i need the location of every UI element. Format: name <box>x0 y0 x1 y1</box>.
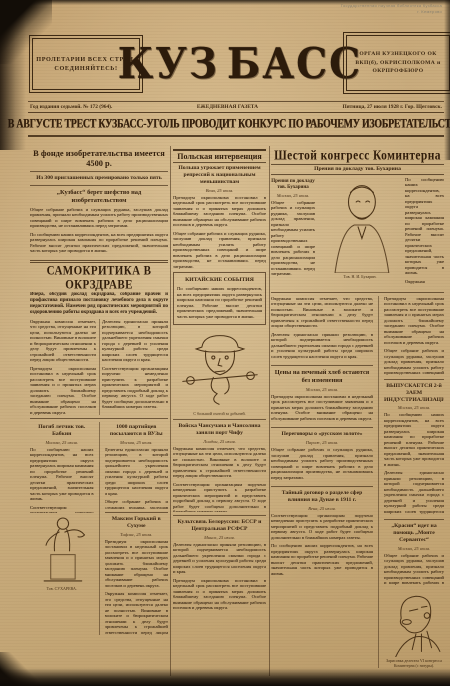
comintern-item-head: Прения по докладу тов. Бухарина <box>271 179 315 191</box>
issue-date: Пятница, 27 июля 1928 г. Гор. Щегловск. <box>343 104 443 110</box>
krasin-headline: „Красин“ идет на помощь „Монте Сервантес… <box>384 523 444 544</box>
body-text: По сообщению наших корреспондентов, на в… <box>30 232 168 254</box>
gorky-body: Президиум окрисполкома постановил в неде… <box>105 539 169 635</box>
divider <box>173 515 266 516</box>
kultsvyaz-headline: Культсвязь Белоруссии: БССР и Центральна… <box>173 519 266 533</box>
body-text: По сообщению наших корреспондентов, на в… <box>177 286 262 319</box>
pilot-article: Погиб летчик тов. Бабкин Москва, 25 июля… <box>30 422 94 634</box>
pilot-headline: Погиб летчик тов. Бабкин <box>30 424 94 438</box>
intervention-subhead: Польша угрожает применением репрессий к … <box>173 165 266 186</box>
caricature-caption: С большой охотой за добычей. <box>173 411 266 416</box>
body-text: Общее собрание рабочих и служащих рудник… <box>384 553 444 587</box>
body-text: Окружная комиссия отмечает, что средства… <box>105 591 169 635</box>
comintern-headline: Шестой конгресс Коминтерна <box>271 149 444 163</box>
library-stamp-line2: г. Кемерово <box>341 9 442 15</box>
masthead-dateline-row: Год издания седьмой. № 172 (964). ЕЖЕДНЕ… <box>28 101 444 113</box>
divider <box>271 365 373 366</box>
divider <box>30 171 168 172</box>
fund-body: Общее собрание рабочих и служащих рудник… <box>30 207 168 257</box>
divider <box>173 419 266 420</box>
body-text: Делегаты единогласно приняли резолюцию, … <box>102 319 168 363</box>
comintern-left-col: Прения по докладу тов. Бухарина Москва, … <box>271 177 315 289</box>
body-text: Соответствующим организациям поручено не… <box>173 482 266 512</box>
body-text: Окружная комиссия отмечает, что средства… <box>30 319 96 363</box>
samokritika-lead: Вчера, обсудив доклад окрздрава, собрани… <box>30 292 168 319</box>
delegate-sketch-caption: Зарисовка делегата VI конгресса Коминтер… <box>384 658 444 668</box>
newspaper-scan: Государственная научная библиотека Кузба… <box>0 0 450 686</box>
divider <box>30 418 168 419</box>
bread-body: Президиум окрисполкома постановил в неде… <box>271 394 373 425</box>
vuz-gorky-articles: 1000 партийцев посылаются в ВУЗы Москва,… <box>105 422 169 634</box>
vuz-body: Делегаты единогласно приняли резолюцию, … <box>105 447 169 509</box>
body-text: По сообщению наших корреспондентов, на в… <box>30 447 94 502</box>
comintern-body-right: По сообщению наших корреспондентов, на в… <box>405 177 444 285</box>
chifu-headline: Войска Чансучана и Чансолина заняли порт… <box>173 423 266 437</box>
body-text: Общее собрание рабочих и служащих рудник… <box>271 200 315 277</box>
comintern-body-left: Общее собрание рабочих и служащих рудник… <box>271 200 315 278</box>
gold-headline: Переговоры о «русском золоте» <box>271 431 373 438</box>
kultsvyaz-dateline: Минск, 25 июля. <box>173 535 266 540</box>
body-text: По сообщению наших корреспондентов, на в… <box>384 412 444 467</box>
chifu-body: Окружная комиссия отмечает, что средства… <box>173 446 266 512</box>
body-text: Президиум окрисполкома постановил в неде… <box>173 195 266 228</box>
library-stamp-line1: Государственная научная библиотека Кузба… <box>341 3 442 9</box>
library-stamp: Государственная научная библиотека Кузба… <box>341 3 442 14</box>
banner-headline: В АВГУСТЕ ТРЕСТ КУЗБАСС-УГОЛЬ ПРОВОДИТ К… <box>8 117 450 131</box>
comintern-dateline: Москва, 25 июля. <box>271 193 315 198</box>
divider <box>30 260 168 263</box>
bread-headline: Цены на печеный хлеб остаются без измене… <box>271 369 373 384</box>
column-right-group: Шестой конгресс Коминтерна Прения по док… <box>271 148 444 680</box>
samokritika-body: Окружная комиссия отмечает, что средства… <box>30 319 168 416</box>
organ-text: ОРГАН КУЗНЕЦКОГО ОК ВКП(б), ОКРИСПОЛКОМА… <box>350 50 446 75</box>
intervention-article: Польская интервенция Польша угрожает при… <box>173 149 266 272</box>
body-text: Общее собрание рабочих и служащих рудник… <box>105 499 169 509</box>
gold-body: Общее собрание рабочих и служащих рудник… <box>271 447 373 483</box>
body-text: Президиум окрисполкома постановил в неде… <box>271 394 373 422</box>
divider <box>271 427 373 428</box>
edition-number: Год издания седьмой. № 172 (964). <box>30 104 112 110</box>
loan-body: По сообщению наших корреспондентов, на в… <box>384 412 444 516</box>
divider <box>30 185 168 186</box>
body-text: По сообщению наших корреспондентов, на в… <box>405 177 444 276</box>
divider <box>99 422 100 634</box>
intervention-headline: Польская интервенция <box>173 149 266 163</box>
divider <box>378 296 379 668</box>
column-d: Президиум окрисполкома постановил в неде… <box>384 296 444 668</box>
vuz-headline: 1000 партийцев посылаются в ВУЗы <box>105 424 169 438</box>
body-text: Окружная комиссия отмечает, что средства… <box>173 446 266 479</box>
loan-headline: ВЫПУСКАЕТСЯ 2-й ЗАЕМ ИНДУСТРИАЛИЗАЦИИ <box>384 383 444 404</box>
samokritika-headline: САМОКРИТИКА В ОКРЗДРАВЕ <box>30 264 168 292</box>
body-text: Окружная комиссия отмечает, что средства… <box>405 279 444 285</box>
intervention-body: Президиум окрисполкома постановил в неде… <box>173 195 266 273</box>
masthead-title-right: БАСС <box>227 39 362 89</box>
column-middle: Польская интервенция Польша угрожает при… <box>173 148 266 680</box>
krasin-body: Общее собрание рабочих и служащих рудник… <box>384 553 444 587</box>
comintern-right-col: По сообщению наших корреспондентов, на в… <box>405 177 444 289</box>
body-text: Соответствующим организациям поручено не… <box>102 366 168 410</box>
gorky-dateline: Тифлис, 25 июля. <box>105 532 169 537</box>
body-text: Делегаты единогласно приняли резолюцию, … <box>384 470 444 516</box>
kultsvyaz-body: Делегаты единогласно приняли резолюцию, … <box>173 542 266 614</box>
masthead-title-left: КУЗ <box>118 39 219 89</box>
gorky-headline: Максим Горький в Сухуме <box>105 516 169 530</box>
divider <box>384 379 444 380</box>
newspaper-page: Государственная научная библиотека Кузба… <box>0 0 450 686</box>
bread-dateline: Москва, 25 июля. <box>271 387 373 392</box>
comintern-subhead: Прения по докладу тов. Бухарина <box>271 164 444 175</box>
caricature-sketch <box>176 328 264 410</box>
pilot-dateline: Москва, 25 июля. <box>30 440 94 445</box>
comintern-portrait-block: Тов. Н. И. Бухарин. <box>320 177 400 289</box>
divider <box>271 292 444 293</box>
loan-dateline: Москва, 25 июля. <box>384 405 444 410</box>
divider <box>271 486 373 487</box>
body-text: Общее собрание рабочих и служащих рудник… <box>173 231 266 270</box>
chifu-dateline: Лондон, 25 июля. <box>173 439 266 444</box>
china-headline: КИТАЙСКИЕ СОБЫТИЯ <box>177 277 262 284</box>
fund-subhead-2: „Кузбасс“ берет шефство над изобретатель… <box>30 189 168 204</box>
body-text: Президиум окрисполкома постановил в неде… <box>384 296 444 346</box>
vuz-dateline: Москва, 25 июля. <box>105 440 169 445</box>
comintern-continued: Окружная комиссия отмечает, что средства… <box>271 296 373 363</box>
column-rule-2 <box>269 146 270 676</box>
body-text: Соответствующим организациям поручено не… <box>30 505 94 513</box>
danube-dateline: Вена, 25 июля. <box>271 506 373 511</box>
masthead-title: КУЗ БАСС <box>136 28 344 100</box>
danube-headline: Тайный договор о разделе сфер влияния на… <box>271 490 373 504</box>
comintern-row: Прения по докладу тов. Бухарина Москва, … <box>271 177 444 289</box>
body-text: Президиум окрисполкома постановил в неде… <box>105 539 169 589</box>
delegate-portrait-sketch <box>384 587 444 657</box>
divider <box>105 512 169 513</box>
intervention-dateline: Вена, 25 июля. <box>173 188 266 193</box>
fund-headline: В фонде изобретательства имеется 4500 р. <box>30 149 168 168</box>
banner-headline-bar: В АВГУСТЕ ТРЕСТ КУЗБАСС-УГОЛЬ ПРОВОДИТ К… <box>28 113 444 137</box>
chifu-article: Войска Чансучана и Чансолина заняли порт… <box>173 423 266 512</box>
body-text: Соответствующим организациям поручено не… <box>271 513 373 541</box>
fund-subhead-1: Из 300 приглашенных премировано только п… <box>30 175 168 182</box>
danube-body: Соответствующим организациям поручено не… <box>271 513 373 580</box>
daily-label: ЕЖЕДНЕВНАЯ ГАЗЕТА <box>197 104 258 110</box>
body-text: Делегаты единогласно приняли резолюцию, … <box>271 332 373 360</box>
body-text: Общее собрание рабочих и служащих рудник… <box>384 348 444 376</box>
body-text: Делегаты единогласно приняли резолюцию, … <box>173 542 266 575</box>
body-text: Общее собрание рабочих и служащих рудник… <box>30 207 168 229</box>
body-text: Президиум окрисполкома постановил в неде… <box>30 366 96 416</box>
gold-dateline: Париж, 25 июля. <box>271 440 373 445</box>
speaker-sketch <box>31 513 93 585</box>
body-text: Президиум окрисполкома постановил в неде… <box>173 578 266 611</box>
column-c: Окружная комиссия отмечает, что средства… <box>271 296 373 668</box>
krasin-dateline: Москва, 25 июля. <box>384 546 444 551</box>
column-rule-1 <box>170 146 171 676</box>
china-body: По сообщению наших корреспондентов, на в… <box>177 286 262 322</box>
kultsvyaz-article: Культсвязь Белоруссии: БССР и Центральна… <box>173 519 266 614</box>
speaker-caption: Тов. СУХАРЕВА. <box>30 586 94 591</box>
divider <box>384 519 444 520</box>
body-text: По сообщению наших корреспондентов, на в… <box>271 543 373 576</box>
bukharin-portrait-sketch <box>321 177 399 273</box>
column-left: В фонде изобретательства имеется 4500 р.… <box>30 148 168 680</box>
lead-text: Вчера, обсудив доклад окрздрава, собрани… <box>30 292 168 316</box>
china-box: КИТАЙСКИЕ СОБЫТИЯ По сообщению наших кор… <box>173 272 266 325</box>
body-text: Делегаты единогласно приняли резолюцию, … <box>105 447 169 497</box>
organ-box: ОРГАН КУЗНЕЦКОГО ОК ВКП(б), ОКРИСПОЛКОМА… <box>346 35 450 91</box>
body-text: Окружная комиссия отмечает, что средства… <box>271 296 373 329</box>
body-text: Общее собрание рабочих и служащих рудник… <box>271 447 373 480</box>
pilot-body: По сообщению наших корреспондентов, на в… <box>30 447 94 513</box>
comintern-continued-2: Президиум окрисполкома постановил в неде… <box>384 296 444 376</box>
portrait-caption: Тов. Н. И. Бухарин. <box>320 274 400 279</box>
